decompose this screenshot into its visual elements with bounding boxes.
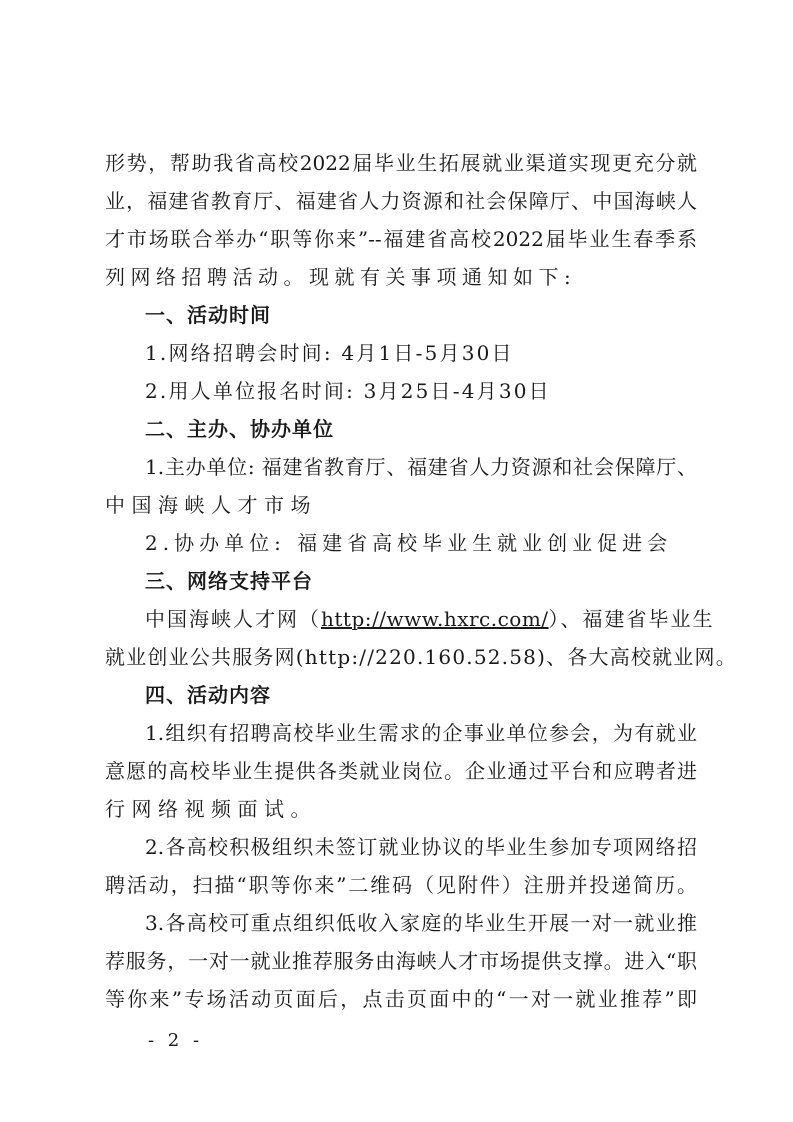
section-4-item: 1.组织有招聘高校毕业生需求的企事业单位参会，为有就业 — [145, 720, 697, 746]
section-4-item: 荐服务，一对一就业推荐服务由海峡人才市场提供支撑。进入“职 — [105, 948, 697, 974]
platform-line: 中国海峡人才网（http://www.hxrc.com/）、福建省毕业生 — [145, 606, 697, 632]
section-2-item: 1.主办单位: 福建省教育厅、福建省人力资源和社会保障厅、 — [145, 454, 697, 480]
section-2-item: 中国海峡人才市场 — [105, 492, 697, 518]
platform-prefix: 中国海峡人才网（ — [145, 607, 321, 631]
section-2-item: 2.协办单位: 福建省高校毕业生就业创业促进会 — [145, 530, 697, 556]
section-heading-2: 二、主办、协办单位 — [145, 416, 697, 442]
section-4-item: 意愿的高校毕业生提供各类就业岗位。企业通过平台和应聘者进 — [105, 758, 697, 784]
document-page: 形势，帮助我省高校2022届毕业生拓展就业渠道实现更充分就 业，福建省教育厅、福… — [0, 0, 793, 1122]
section-4-item: 2.各高校积极组织未签订就业协议的毕业生参加专项网络招 — [145, 834, 697, 860]
section-heading-3: 三、网络支持平台 — [145, 568, 697, 594]
section-4-item: 3.各高校可重点组织低收入家庭的毕业生开展一对一就业推 — [145, 910, 697, 936]
platform-line-2: 就业创业公共服务网(http://220.160.52.58)、各大高校就业网。 — [105, 644, 697, 670]
intro-line: 业，福建省教育厅、福建省人力资源和社会保障厅、中国海峡人 — [105, 188, 697, 214]
page-number: - 2 - — [148, 1030, 203, 1051]
intro-line: 才市场联合举办“职等你来”--福建省高校2022届毕业生春季系 — [105, 226, 697, 252]
hxrc-link[interactable]: http://www.hxrc.com/ — [321, 607, 549, 631]
section-heading-4: 四、活动内容 — [145, 682, 697, 708]
section-4-item: 等你来”专场活动页面后，点击页面中的“一对一就业推荐”即 — [105, 986, 697, 1012]
section-1-item: 2.用人单位报名时间: 3月25日-4月30日 — [145, 378, 697, 404]
section-heading-1: 一、活动时间 — [145, 302, 697, 328]
section-4-item: 行网络视频面试。 — [105, 796, 697, 822]
intro-line: 形势，帮助我省高校2022届毕业生拓展就业渠道实现更充分就 — [105, 150, 697, 176]
platform-suffix: ）、福建省毕业生 — [549, 607, 715, 631]
section-1-item: 1.网络招聘会时间: 4月1日-5月30日 — [145, 340, 697, 366]
section-4-item: 聘活动，扫描“职等你来”二维码（见附件）注册并投递简历。 — [105, 872, 697, 898]
intro-line: 列网络招聘活动。现就有关事项通知如下: — [105, 264, 697, 290]
